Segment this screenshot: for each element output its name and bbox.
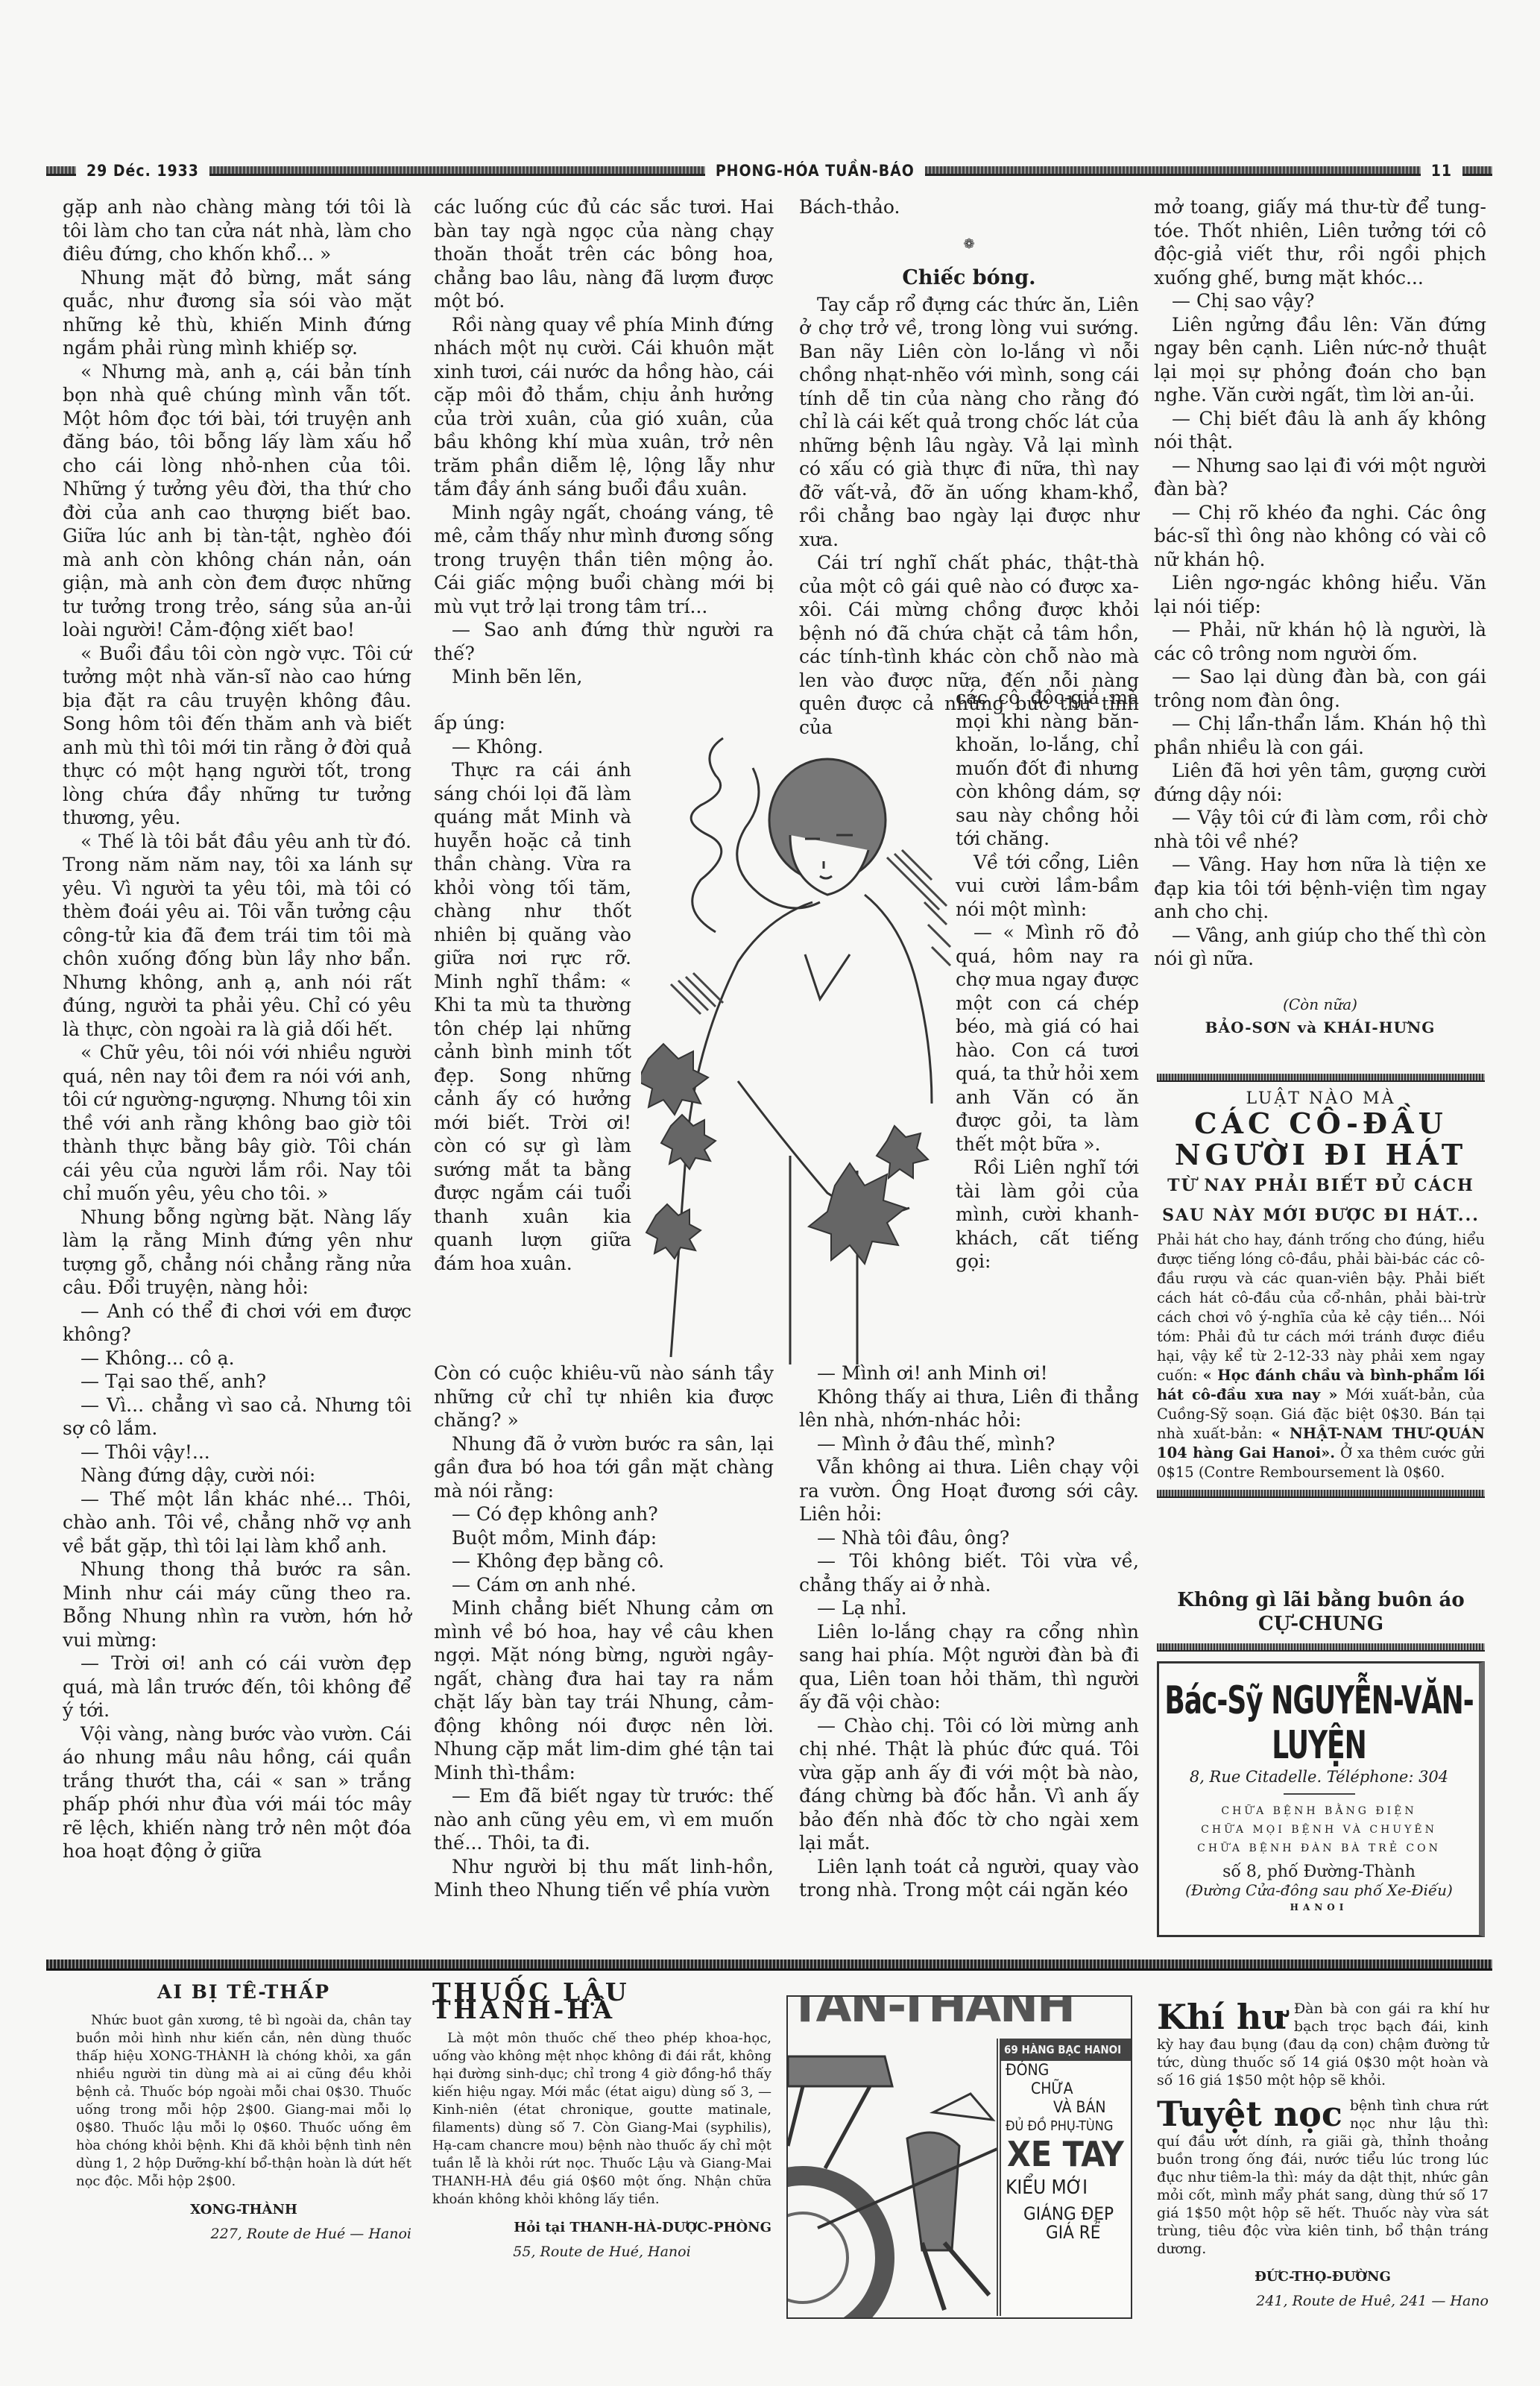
decorative-rule [925, 166, 1421, 176]
ad-address: 241, Route de Huê, 241 — Hano [1157, 2292, 1489, 2310]
ad-body: Là một môn thuốc chế theo phép khoa-học,… [432, 2030, 771, 2209]
paragraph: « Buổi đầu tôi còn ngờ vực. Tôi cứ tưởng… [63, 642, 411, 830]
ad-text-panel: 69 HÀNG BẠC HANOI ĐÓNG CHỮA VÀ BÁN ĐỦ ĐỒ… [997, 2039, 1132, 2316]
paragraph: Nhung thong thả bước ra sân. Minh như cá… [63, 1558, 411, 1652]
paragraph: Tay cắp rổ đựng các thức ăn, Liên ở chợ … [799, 293, 1139, 552]
flower-ornament-icon: ❁ [799, 233, 1139, 256]
paragraph: Liên lo-lắng chạy ra cổng nhìn sang hai … [799, 1620, 1139, 1714]
ad-title: AI BỊ TÊ-THẤP [76, 1983, 411, 2001]
story-column-1: gặp anh nào chàng màng tới tôi là tôi là… [63, 195, 411, 1863]
ad-brand: ĐỨC-THỌ-ĐƯỜNG [1157, 2268, 1489, 2286]
paragraph: Rồi nàng quay về phía Minh đứng nhách mộ… [434, 313, 774, 501]
ad-line: KIỂU MỚI [1001, 2179, 1132, 2197]
decorative-rule [1157, 1074, 1485, 1082]
paragraph: Nhung đã ở vườn bước ra sân, lại gần đưa… [434, 1432, 774, 1503]
decorative-rule [46, 166, 76, 176]
paragraph: Vội vàng, nàng bước vào vườn. Cái áo nhu… [63, 1722, 411, 1863]
story-authors: BẢO-SƠN và KHÁI-HƯNG [1154, 1016, 1486, 1040]
ad-inquire: Hỏi tại THANH-HÀ-DƯỢC-PHÒNG [432, 2219, 771, 2237]
paragraph: Về tới cổng, Liên vui cười lầm-bầm nói m… [956, 851, 1139, 922]
ad-heading: Tuyệt nọc [1157, 2097, 1342, 2131]
ad-line: Không gì lãi bằng buôn áo [1157, 1588, 1485, 1612]
paragraph: Liên ngơ-ngác không hiểu. Văn lại nói ti… [1154, 571, 1486, 618]
ad-title: TÂN-THÀNH [789, 1997, 1074, 2015]
paragraph: mở toang, giấy má thư-từ để tung-tóe. Th… [1154, 195, 1486, 289]
story-column-3: Bách-thảo. ❁ Chiếc bóng. Tay cắp rổ đựng… [799, 195, 1139, 739]
doctor-address: 8, Rue Citadelle. Téléphone: 304 [1159, 1768, 1479, 1786]
paragraph: Minh bẽn lẽn, [434, 665, 774, 689]
duc-tho-duong-ad: Khí hư Đàn bà con gái ra khí hư bạch trọ… [1157, 1983, 1489, 2310]
ad-body: Phải hát cho hay, đánh trống cho đúng, h… [1157, 1230, 1485, 1482]
paragraph: Nhung mặt đỏ bừng, mắt sáng quắc, như đư… [63, 266, 411, 360]
dialogue-line: — Tại sao thế, anh? [63, 1370, 411, 1394]
paragraph: gặp anh nào chàng màng tới tôi là tôi là… [63, 195, 411, 266]
dialogue-line: — Mình ơi! anh Minh ơi! [799, 1362, 1139, 1385]
dialogue-line: — Anh có thể đi chơi với em được không? [63, 1300, 411, 1347]
flower-bouquet [809, 1126, 928, 1264]
street-address: số 8, phố Đường-Thành [1159, 1863, 1479, 1881]
service-line: CHỮA BỆNH BẰNG ĐIỆN [1159, 1802, 1479, 1821]
chapter-title: Chiếc bóng. [799, 266, 1139, 290]
paragraph: Rồi Liên nghĩ tới tài làm gỏi của mình, … [956, 1156, 1139, 1274]
dialogue-line: — Vâng. Hay hơn nữa là tiện xe đạp kia t… [1154, 853, 1486, 924]
dialogue-line: — Nhà tôi đâu, ông? [799, 1526, 1139, 1550]
paragraph: Nàng đứng dậy, cười nói: [63, 1464, 411, 1488]
dialogue-line: — Chị lẩn-thẩn lắm. Khán hộ thì phần nhi… [1154, 712, 1486, 759]
doctor-ad-box: Bác-Sỹ NGUYỄN-VĂN-LUYỆN 8, Rue Citadelle… [1157, 1661, 1485, 1937]
decorative-rule [1157, 1490, 1485, 1498]
doctor-name: Bác-Sỹ NGUYỄN-VĂN-LUYỆN [1159, 1678, 1479, 1768]
decorative-rule [209, 166, 705, 176]
dialogue-line: — Chị biết đâu là anh ấy không nói thật. [1154, 407, 1486, 454]
dialogue-line: — Trời ơi! anh có cái vườn đẹp quá, mà l… [63, 1652, 411, 1722]
ad-section: Khí hư Đàn bà con gái ra khí hư bạch trọ… [1157, 2000, 1489, 2089]
dialogue-line: — Chị sao vậy? [1154, 289, 1486, 313]
ad-line: ĐÓNG [1001, 2061, 1132, 2080]
story-column-2: các luống cúc đủ các sắc tươi. Hai bàn t… [434, 195, 774, 689]
ad-title: CÁC CÔ-ĐẦU [1157, 1108, 1485, 1139]
paragraph: Liên ngửng đầu lên: Văn đứng ngay bên cạ… [1154, 313, 1486, 407]
flower-cluster-left [641, 1044, 716, 1259]
paragraph: Còn có cuộc khiêu-vũ nào sánh tầy những … [434, 1362, 774, 1432]
dialogue-line: — Thôi vậy!... [63, 1441, 411, 1464]
paragraph: Liên lạnh toát cả người, quay vào trong … [799, 1855, 1139, 1902]
city: HANOI [1159, 1902, 1479, 1913]
dialogue-line: — Không. [434, 735, 631, 759]
paragraph: Nhung bỗng ngừng bặt. Nàng lấy làm lạ rằ… [63, 1206, 411, 1300]
service-line: CHỮA BỆNH ĐÀN BÀ TRẺ CON [1159, 1839, 1479, 1858]
paragraph: Bách-thảo. [799, 195, 1139, 219]
divider [1284, 1793, 1355, 1795]
paragraph: « Thế là tôi bắt đầu yêu anh từ đó. Tron… [63, 830, 411, 1042]
co-dau-book-ad: LUẬT NÀO MÀ CÁC CÔ-ĐẦU NGƯỜI ĐI HÁT TỪ N… [1157, 1066, 1485, 1505]
ad-body: Nhức buot gân xương, tê bì ngoài da, châ… [76, 2012, 411, 2191]
paragraph: Minh chẳng biết Nhung cảm ơn mình về bó … [434, 1596, 774, 1784]
ad-line: GIÁ RẺ [1001, 2223, 1132, 2242]
dialogue-line: — Cám ơn anh nhé. [434, 1573, 774, 1597]
paragraph: Minh ngây ngất, choáng váng, tê mê, cảm … [434, 501, 774, 619]
dialogue-line: — Không... cô ạ. [63, 1347, 411, 1370]
ad-brand: XONG-THÀNH [76, 2201, 411, 2219]
ad-subtitle: TỪ NAY PHẢI BIẾT ĐỦ CÁCH SAU NÀY MỚI ĐƯỢ… [1157, 1171, 1485, 1230]
ad-line: VÀ BÁN [1001, 2098, 1132, 2117]
dialogue-line: — Tôi không biết. Tôi vừa về, chẳng thấy… [799, 1549, 1139, 1596]
ad-line: CHỮA [1001, 2080, 1132, 2098]
newspaper-title: PHONG-HÓA TUẦN-BÁO [716, 162, 915, 180]
dialogue-line: — Thế một lần khác nhé... Thôi, chào anh… [63, 1488, 411, 1558]
paragraph: các luống cúc đủ các sắc tươi. Hai bàn t… [434, 195, 774, 313]
woman-with-flowers-illustration [641, 708, 954, 1364]
cu-chung-ad: Không gì lãi bằng buôn áo CỰ-CHUNG [1157, 1588, 1485, 1659]
ad-line: GIÁNG ĐẸP [1001, 2205, 1132, 2223]
dialogue-line: — Vì... chẳng vì sao cả. Nhưng tôi sợ cô… [63, 1394, 411, 1441]
to-be-continued: (Còn nữa) [1154, 993, 1486, 1017]
thanh-ha-ad: THUỐC LẬU THANH-HÀ Là một môn thuốc chế … [432, 1983, 771, 2261]
dialogue-line: — Không đẹp bằng cô. [434, 1549, 774, 1573]
paragraph: Buột mồm, Minh đáp: [434, 1526, 774, 1550]
dialogue-line: — « Mình rõ đỏ quá, hôm nay ra chợ mua n… [956, 921, 1139, 1156]
te-thap-ad: AI BỊ TÊ-THẤP Nhức buot gân xương, tê bì… [76, 1983, 411, 2243]
story-column-3-narrow: các cô độc-giả mà mọi khi nàng băn-khoăn… [956, 686, 1139, 1274]
ad-address: 227, Route de Hué — Hanoi [76, 2225, 411, 2243]
dialogue-line: — Sao anh đứng thừ người ra thế? [434, 618, 774, 665]
dialogue-line: — Mình ở đâu thế, mình? [799, 1432, 1139, 1456]
directions: (Đường Cửa-đông sau phố Xe-Điếu) [1159, 1881, 1479, 1899]
dialogue-line: — Nhưng sao lại đi với một người đàn bà? [1154, 454, 1486, 501]
tan-thanh-rickshaw-ad: TÂN-THÀNH 69 HÀNG BẠC HANOI ĐÓNG CHỮA VÀ… [786, 1995, 1132, 2319]
paragraph: Như người bị thu mất linh-hồn, Minh theo… [434, 1855, 774, 1902]
story-column-3-lower: — Mình ơi! anh Minh ơi! Không thấy ai th… [799, 1362, 1139, 1902]
paragraph: Vẫn không ai thưa. Liên chạy vội ra vườn… [799, 1455, 1139, 1526]
dialogue-line: — Vâng, anh giúp cho thế thì còn nói gì … [1154, 924, 1486, 971]
ad-address: 55, Route de Hué, Hanoi [432, 2243, 771, 2261]
dialogue-line: — Em đã biết ngay từ trước: thế nào anh … [434, 1784, 774, 1855]
decorative-rule [1462, 166, 1492, 176]
story-column-4: mở toang, giấy má thư-từ để tung-tóe. Th… [1154, 195, 1486, 1040]
paragraph: Thực ra cái ánh sáng chói lọi đã làm quá… [434, 758, 631, 1275]
dialogue-line: — Chào chị. Tôi có lời mừng anh chị nhé.… [799, 1714, 1139, 1855]
dialogue-line: — Vậy tôi cứ đi làm cơm, rồi chờ nhà tôi… [1154, 806, 1486, 853]
decorative-rule [1157, 1643, 1485, 1652]
ad-brand: CỰ-CHUNG [1157, 1612, 1485, 1636]
dialogue-line: — Sao lại dùng đàn bà, con gái trông nom… [1154, 665, 1486, 712]
ad-title: NGƯỜI ĐI HÁT [1157, 1139, 1485, 1171]
bottom-decorative-rule [46, 1960, 1492, 1971]
issue-date: 29 Déc. 1933 [86, 162, 199, 180]
ad-heading: Khí hư [1157, 2000, 1287, 2034]
masthead: 29 Déc. 1933 PHONG-HÓA TUẦN-BÁO 11 [46, 158, 1492, 183]
paragraph: các cô độc-giả mà mọi khi nàng băn-khoăn… [956, 686, 1139, 851]
dialogue-line: — Lạ nhỉ. [799, 1596, 1139, 1620]
ad-title: THUỐC LẬU THANH-HÀ [432, 1983, 771, 2019]
paragraph: ấp úng: [434, 711, 631, 735]
dialogue-line: — Phải, nữ khán hộ là người, là các cô t… [1154, 618, 1486, 665]
paragraph: Liên đã hơi yên tâm, gượng cười đứng dậy… [1154, 759, 1486, 806]
paragraph: « Nhưng mà, anh ạ, cái bản tính bọn nhà … [63, 360, 411, 642]
paragraph: « Chữ yêu, tôi nói với nhiều người quá, … [63, 1041, 411, 1206]
dialogue-line: — Chị rõ khéo đa nghi. Các ông bác-sĩ th… [1154, 501, 1486, 572]
dialogue-line: — Có đẹp không anh? [434, 1502, 774, 1526]
scarf-ribbon [691, 738, 723, 932]
paragraph: Không thấy ai thưa, Liên đi thẳng lên nh… [799, 1385, 1139, 1432]
ad-line: ĐỦ ĐỒ PHỤ-TÙNG [1001, 2117, 1132, 2135]
ad-kicker: LUẬT NÀO MÀ [1157, 1089, 1485, 1108]
story-column-2-narrow: ấp úng: — Không. Thực ra cái ánh sáng ch… [434, 711, 631, 1275]
rickshaw-puller-icon [788, 2049, 1004, 2317]
shop-address: 69 HÀNG BẠC HANOI [1001, 2039, 1132, 2061]
service-line: CHỮA MỌI BỆNH VÀ CHUYÊN [1159, 1821, 1479, 1839]
ad-section: Tuyệt nọc bệnh tình chưa rứt nọc như lậu… [1157, 2097, 1489, 2258]
page-number: 11 [1431, 162, 1452, 180]
product-name: XE TAY [1001, 2135, 1132, 2173]
story-column-2-lower: Còn có cuộc khiêu-vũ nào sánh tầy những … [434, 1362, 774, 1902]
